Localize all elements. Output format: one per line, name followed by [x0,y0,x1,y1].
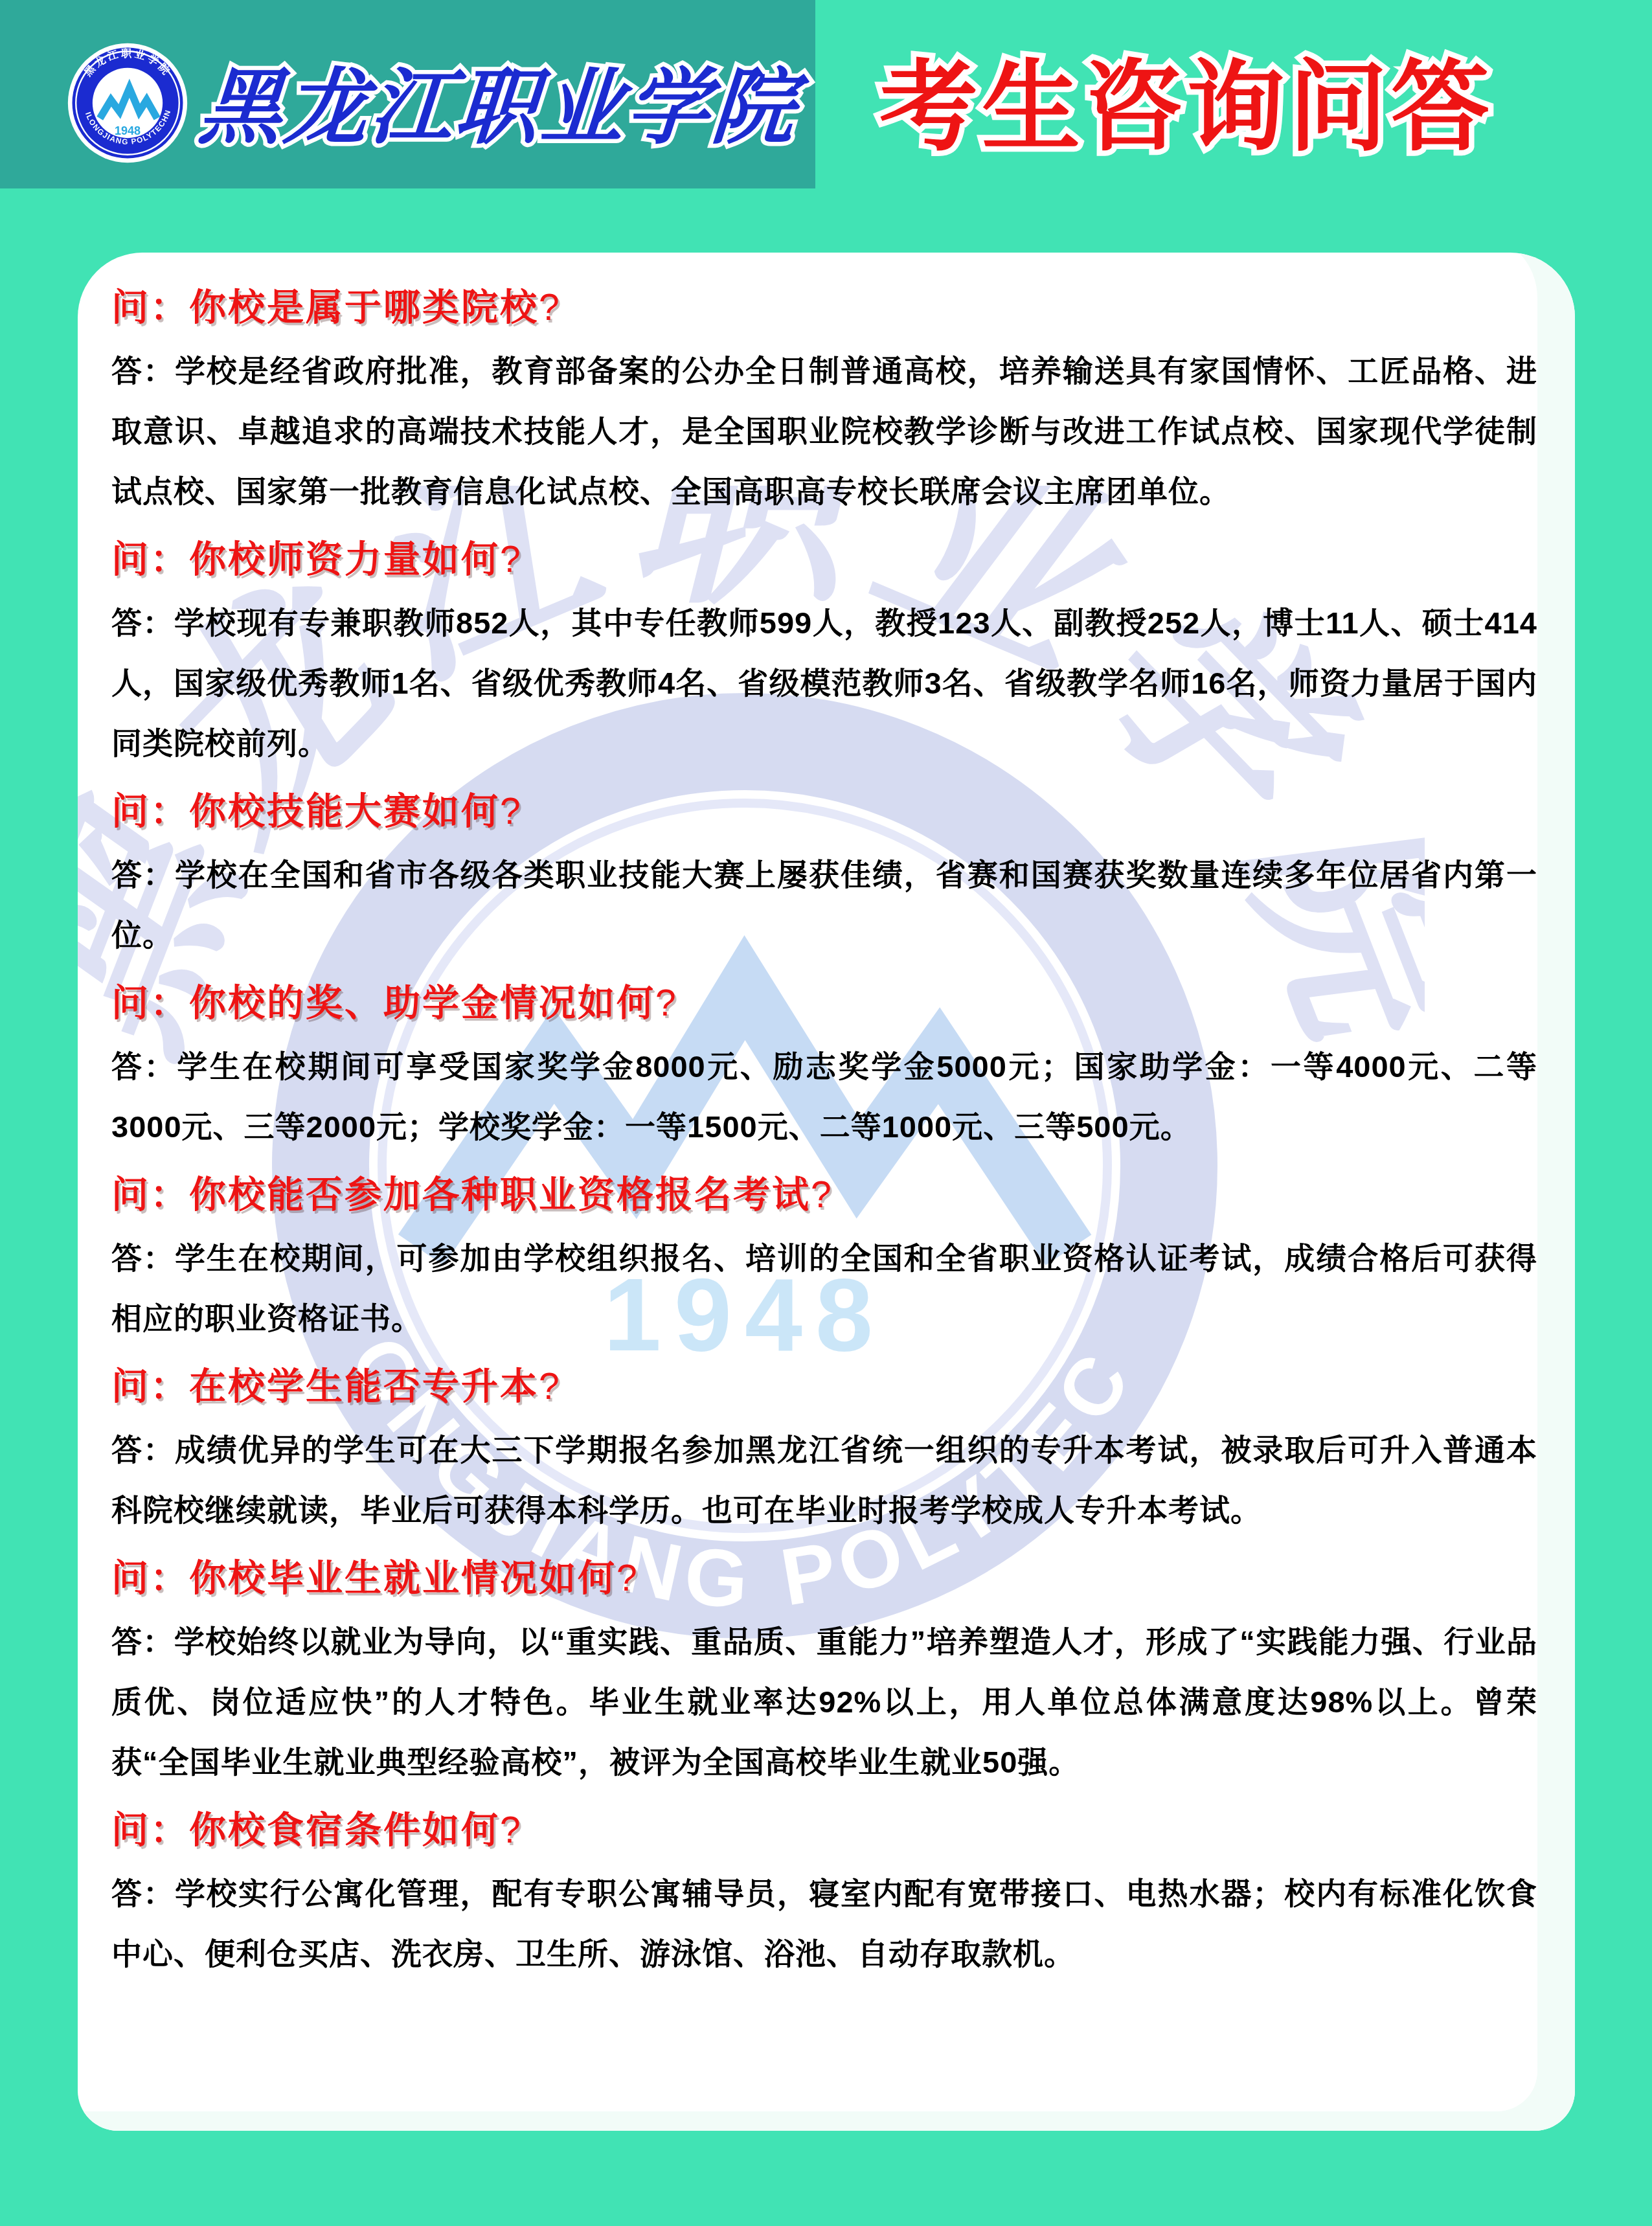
logo-year: 1948 [115,124,141,137]
answer-text: 答：学校实行公寓化管理，配有专职公寓辅导员，寝室内配有宽带接口、电热水器；校内有… [111,1863,1537,1984]
question-text: 问：你校是属于哪类院校 [111,287,539,328]
answer-text: 答：学校现有专兼职教师852人，其中专任教师599人，教授123人、副教授252… [111,593,1537,773]
qa-block: 问：你校师资力量如何? 答：学校现有专兼职教师852人，其中专任教师599人，教… [111,538,1537,773]
answer-text: 答：学校是经省政府批准，教育部备案的公办全日制普通高校，培养输送具有家国情怀、工… [111,341,1537,521]
question-heading: 问：你校是属于哪类院校? [111,286,1537,329]
question-text: 问：你校技能大赛如何 [111,791,500,832]
question-heading: 问：你校师资力量如何? [111,538,1537,581]
answer-text: 答：学生在校期间，可参加由学校组织报名、培训的全国和全省职业资格认证考试，成绩合… [111,1228,1537,1348]
question-text: 问：你校毕业生就业情况如何 [111,1558,617,1599]
answer-text: 答：学生在校期间可享受国家奖学金8000元、励志奖学金5000元；国家助学金：一… [111,1036,1537,1157]
qa-block: 问：你校毕业生就业情况如何? 答：学校始终以就业为导向，以“重实践、重品质、重能… [111,1557,1537,1792]
question-mark: ? [539,287,560,328]
question-heading: 问：你校的奖、助学金情况如何? [111,982,1537,1025]
question-mark: ? [539,1366,560,1407]
question-mark: ? [617,1558,637,1599]
question-heading: 问：你校食宿条件如何? [111,1809,1537,1852]
school-name: 黑龙江职业学院 [206,26,802,175]
qa-block: 问：你校是属于哪类院校? 答：学校是经省政府批准，教育部备案的公办全日制普通高校… [111,286,1537,521]
question-text: 问：你校食宿条件如何 [111,1810,500,1851]
qa-block: 问：你校的奖、助学金情况如何? 答：学生在校期间可享受国家奖学金8000元、励志… [111,982,1537,1157]
qa-block: 问：在校学生能否专升本? 答：成绩优异的学生可在大三下学期报名参加黑龙江省统一组… [111,1365,1537,1540]
page-title: 考生咨询问答 [876,23,1497,179]
question-heading: 问：你校毕业生就业情况如何? [111,1557,1537,1600]
question-mark: ? [500,539,521,580]
question-heading: 问：你校能否参加各种职业资格报名考试? [111,1174,1537,1216]
question-heading: 问：在校学生能否专升本? [111,1365,1537,1408]
content-card: 黑龙江职业学院 1948 HEILONGJIANG POLYTECHNIC 问：… [78,253,1575,2131]
question-text: 问：在校学生能否专升本 [111,1366,539,1407]
question-text: 问：你校师资力量如何 [111,539,500,580]
question-mark: ? [500,1810,521,1851]
qa-list: 问：你校是属于哪类院校? 答：学校是经省政府批准，教育部备案的公办全日制普通高校… [78,253,1575,1984]
qa-block: 问：你校食宿条件如何? 答：学校实行公寓化管理，配有专职公寓辅导员，寝室内配有宽… [111,1809,1537,1984]
poster-page: 1948 黑龙江职业学院 HEILONGJIANG POLYTECHNIC 黑龙… [0,0,1652,2226]
question-heading: 问：你校技能大赛如何? [111,790,1537,833]
answer-text: 答：学校始终以就业为导向，以“重实践、重品质、重能力”培养塑造人才，形成了“实践… [111,1611,1537,1792]
question-text: 问：你校能否参加各种职业资格报名考试 [111,1174,811,1216]
question-mark: ? [655,982,676,1024]
answer-text: 答：成绩优异的学生可在大三下学期报名参加黑龙江省统一组织的专升本考试，被录取后可… [111,1420,1537,1540]
qa-block: 问：你校能否参加各种职业资格报名考试? 答：学生在校期间，可参加由学校组织报名、… [111,1174,1537,1348]
school-name-text: 黑龙江职业学院 [196,62,811,154]
question-mark: ? [811,1174,832,1216]
question-text: 问：你校的奖、助学金情况如何 [111,982,655,1024]
qa-block: 问：你校技能大赛如何? 答：学校在全国和省市各级各类职业技能大赛上屡获佳绩，省赛… [111,790,1537,965]
page-title-text: 考生咨询问答 [879,52,1493,163]
school-logo: 1948 黑龙江职业学院 HEILONGJIANG POLYTECHNIC [66,41,189,165]
question-mark: ? [500,791,521,832]
answer-text: 答：学校在全国和省市各级各类职业技能大赛上屡获佳绩，省赛和国赛获奖数量连续多年位… [111,845,1537,965]
